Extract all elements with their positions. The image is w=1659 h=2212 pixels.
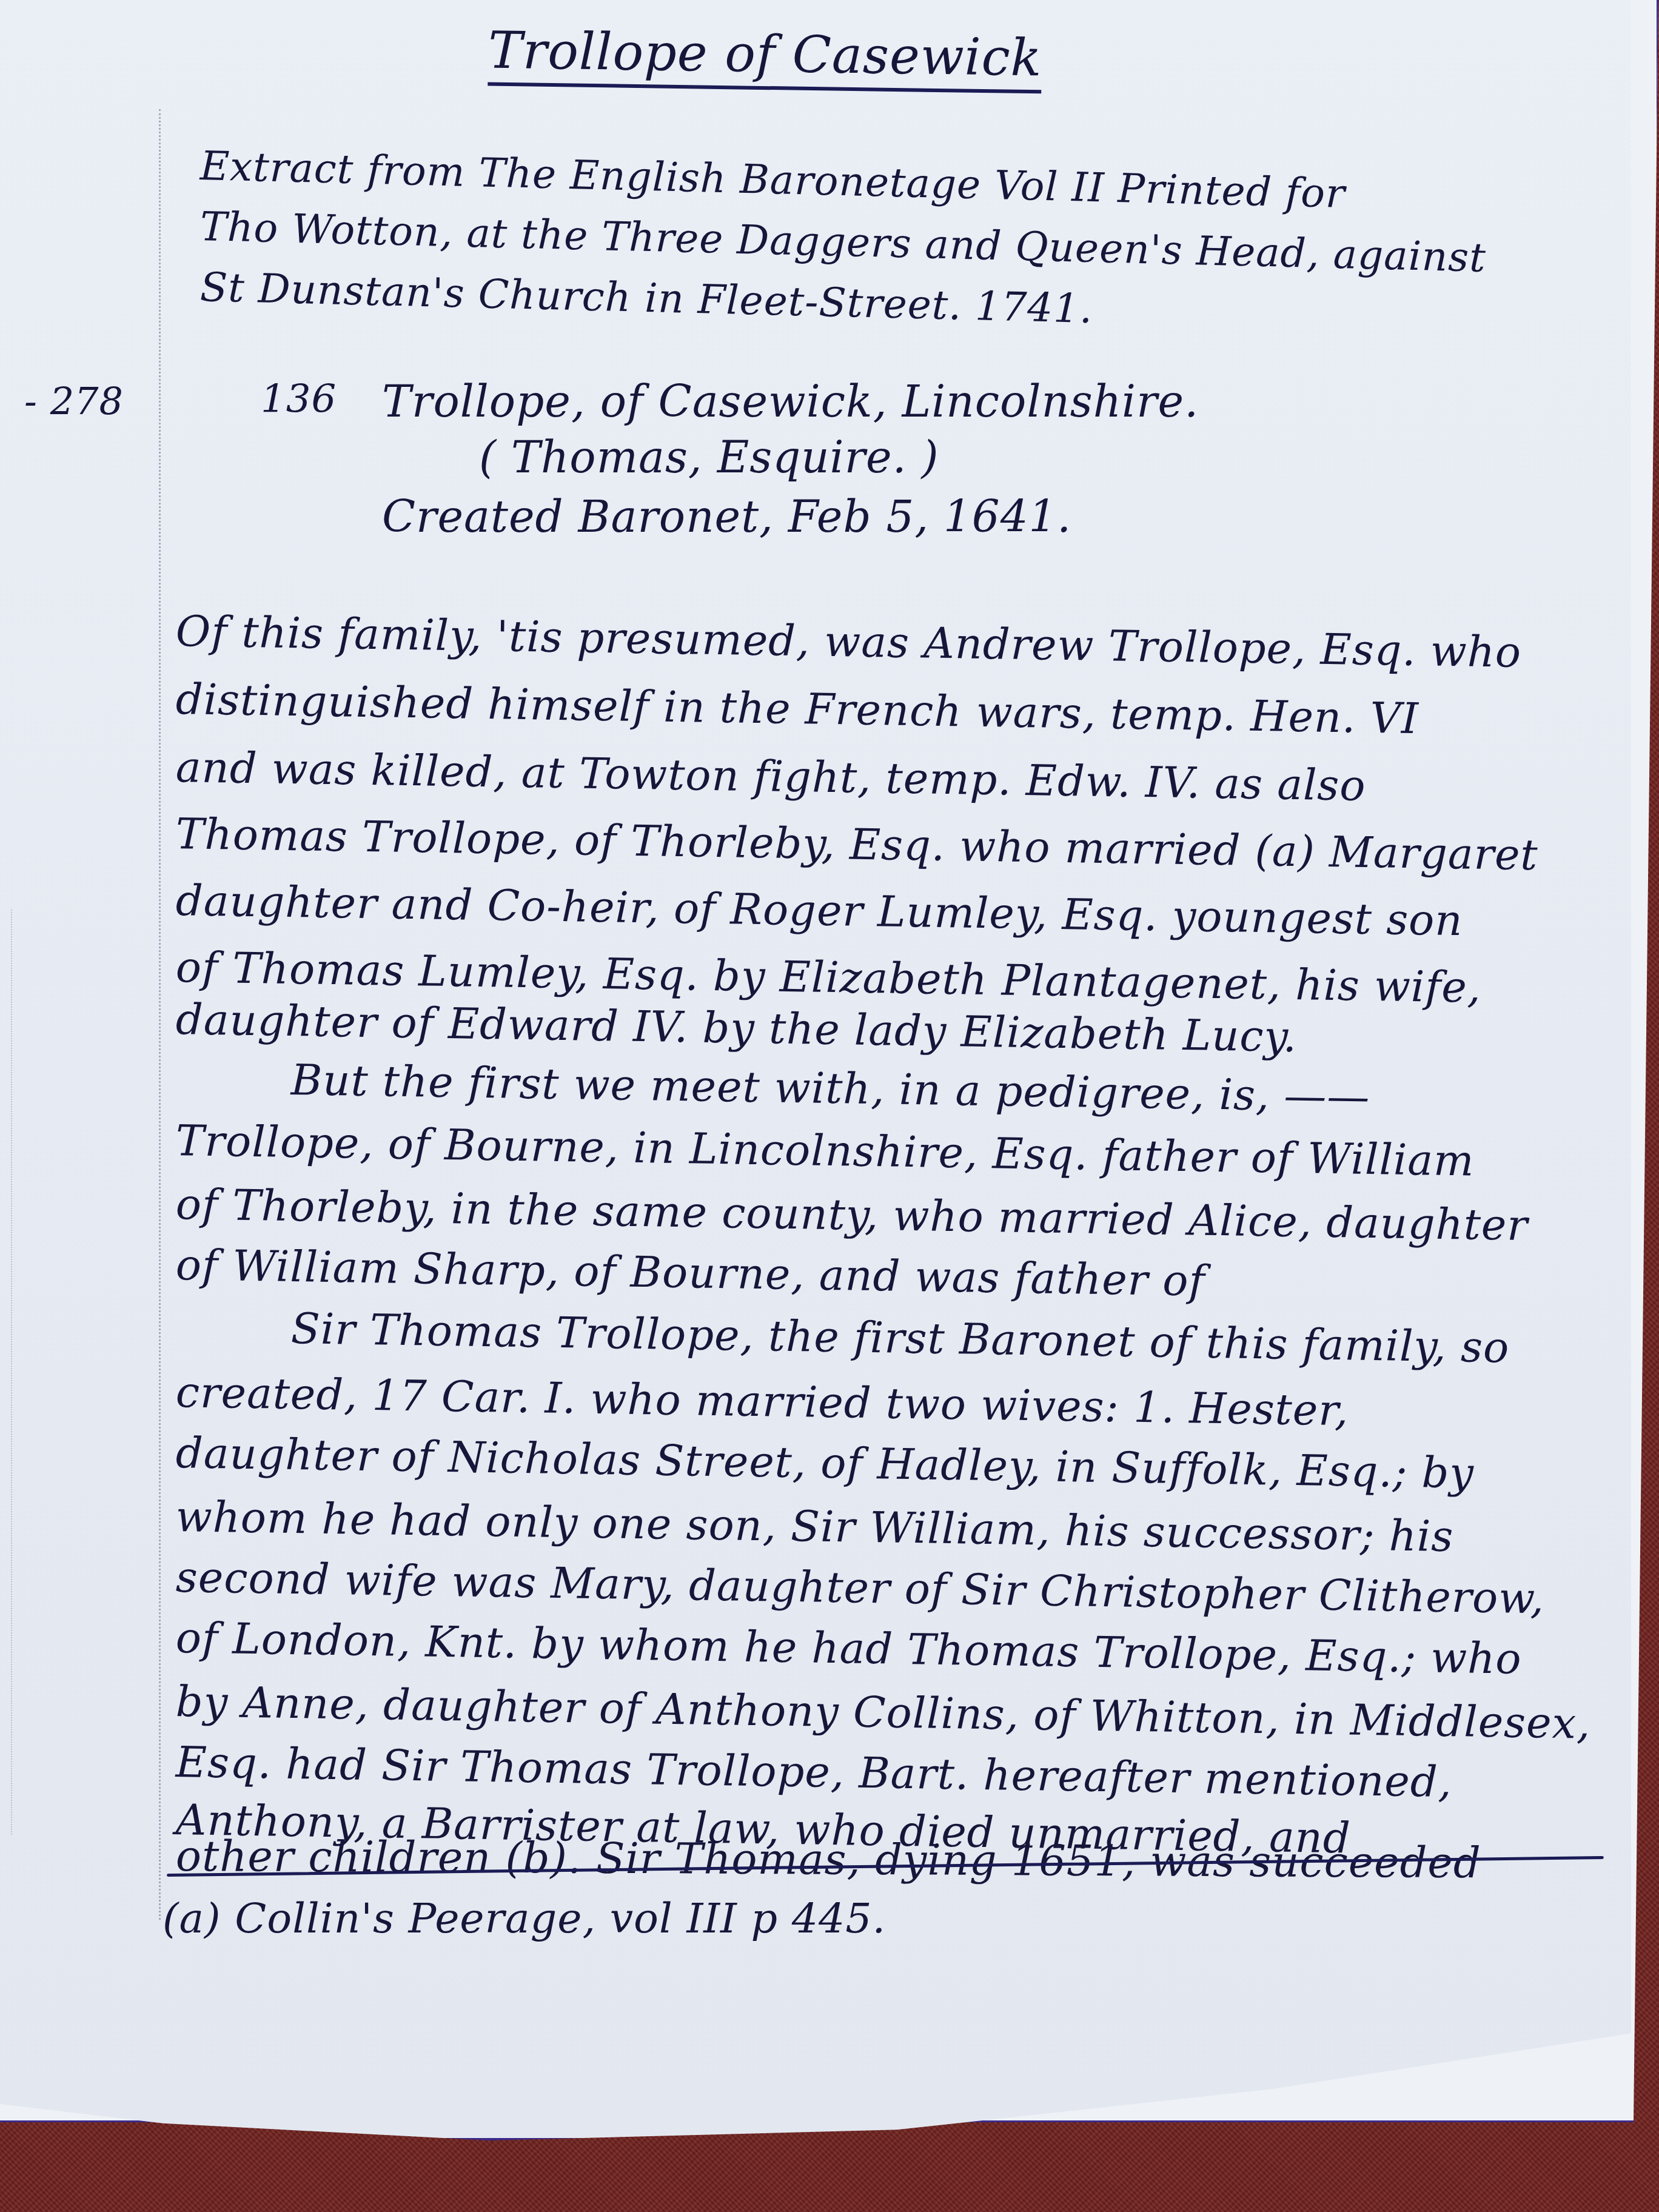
outer-margin-line xyxy=(11,910,12,1835)
body-line: distinguished himself in the French wars… xyxy=(175,674,1419,743)
body-line: Esq. had Sir Thomas Trollope, Bart. here… xyxy=(175,1737,1452,1807)
body-line: daughter of Nicholas Street, of Hadley, … xyxy=(175,1428,1474,1498)
page-title: Trollope of Casewick xyxy=(488,21,1042,94)
body-line: Of this family, 'tis presumed, was Andre… xyxy=(175,606,1521,677)
body-line: Sir Thomas Trollope, the first Baronet o… xyxy=(290,1304,1510,1373)
body-line: But the first we meet with, in a pedigre… xyxy=(290,1055,1370,1122)
body-line: created, 17 Car. I. who married two wive… xyxy=(175,1367,1349,1435)
body-line: by Anne, daughter of Anthony Collins, of… xyxy=(175,1677,1591,1749)
handwritten-page: Trollope of Casewick Extract from The En… xyxy=(0,0,1631,2140)
source-line-3: St Dunstan's Church in Fleet-Street. 174… xyxy=(199,264,1093,332)
entry-subheading: ( Thomas, Esquire. ) xyxy=(479,432,939,483)
body-line: Thomas Trollope, of Thorleby, Esq. who m… xyxy=(175,809,1538,880)
margin-line xyxy=(159,109,161,1920)
body-line: and was killed, at Towton fight, temp. E… xyxy=(175,742,1366,811)
footnote-a: (a) Collin's Peerage, vol III p 445. xyxy=(163,1895,886,1943)
body-line: whom he had only one son, Sir William, h… xyxy=(175,1492,1454,1561)
margin-reference: - 278 xyxy=(24,379,124,423)
body-line: of London, Knt. by whom he had Thomas Tr… xyxy=(175,1613,1522,1684)
body-line: Trollope, of Bourne, in Lincolnshire, Es… xyxy=(175,1116,1475,1186)
body-line: second wife was Mary, daughter of Sir Ch… xyxy=(175,1552,1544,1623)
entry-number: 136 xyxy=(261,377,337,422)
entry-created: Created Baronet, Feb 5, 1641. xyxy=(382,491,1071,542)
body-line: of William Sharp, of Bourne, and was fat… xyxy=(175,1240,1205,1306)
entry-heading: Trollope, of Casewick, Lincolnshire. xyxy=(382,376,1199,427)
body-line: daughter and Co-heir, of Roger Lumley, E… xyxy=(175,876,1463,945)
source-line-1: Extract from The English Baronetage Vol … xyxy=(199,142,1346,217)
body-line: of Thorleby, in the same county, who mar… xyxy=(175,1179,1528,1250)
